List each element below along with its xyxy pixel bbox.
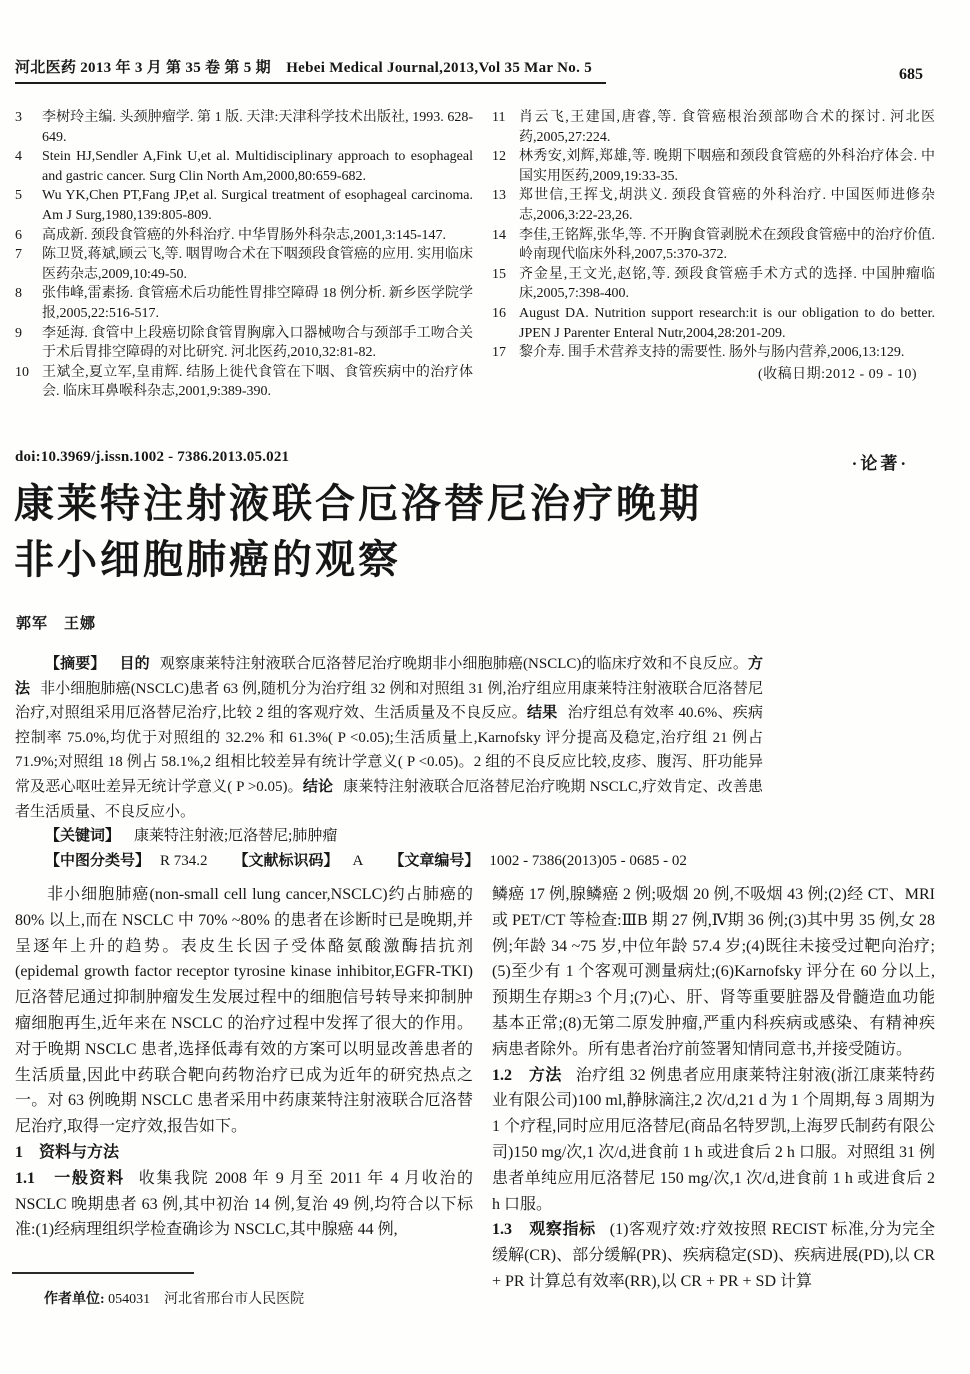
article-title: 康莱特注射液联合厄洛替尼治疗晚期 非小细胞肺癌的观察	[14, 476, 734, 588]
keywords-label: 【关键词】	[45, 828, 120, 844]
section-1-3-paragraph: 1.3 观察指标(1)客观疗效:疗效按照 RECIST 标准,分为完全缓解(CR…	[492, 1217, 935, 1294]
intro-paragraph: 非小细胞肺癌(non-small cell lung cancer,NSCLC)…	[15, 882, 473, 1140]
doi-row: doi:10.3969/j.issn.1002 - 7386.2013.05.0…	[15, 449, 935, 474]
keywords-text: 康莱特注射液;厄洛替尼;肺肿瘤	[134, 828, 337, 844]
abstract-objective-text: 观察康莱特注射液联合厄洛替尼治疗晚期非小细胞肺癌(NSCLC)的临床疗效和不良反…	[160, 656, 748, 672]
affiliation-text: 054031 河北省邢台市人民医院	[105, 1292, 305, 1307]
doc-code-label: 【文献标识码】	[234, 853, 339, 869]
reference-number: 14	[492, 226, 519, 265]
clc-label: 【中图分类号】	[45, 853, 150, 869]
reference-text: 李佳,王铭辉,张华,等. 不开胸食管剥脱术在颈段食管癌中的治疗价值. 岭南现代临…	[519, 226, 935, 265]
reference-item: 4Stein HJ,Sendler A,Fink U,et al. Multid…	[15, 147, 473, 186]
reference-text: 高成新. 颈段食管癌的外科治疗. 中华胃肠外科杂志,2001,3:145-147…	[42, 226, 473, 246]
section-1-2-label: 1.2 方法	[492, 1067, 562, 1084]
reference-item: 17黎介寿. 围手术营养支持的需要性. 肠外与肠内营养,2006,13:129.	[492, 343, 935, 363]
reference-text: 陈卫贤,蒋斌,顾云飞,等. 咽胃吻合术在下咽颈段食管癌的应用. 实用临床医药杂志…	[42, 245, 473, 284]
reference-item: 12林秀安,刘辉,郑雄,等. 晚期下咽癌和颈段食管癌的外科治疗体会. 中国实用医…	[492, 147, 935, 186]
section-1-2-text: 治疗组 32 例患者应用康莱特注射液(浙江康莱特药业有限公司)100 ml,静脉…	[492, 1067, 935, 1213]
reference-list-left: 3李树玲主编. 头颈肿瘤学. 第 1 版. 天津:天津科学技术出版社, 1993…	[15, 108, 473, 402]
abstract-conclusion-label: 结论	[303, 779, 333, 795]
reference-number: 7	[15, 245, 42, 284]
reference-item: 6高成新. 颈段食管癌的外科治疗. 中华胃肠外科杂志,2001,3:145-14…	[15, 226, 473, 246]
reference-text: 肖云飞,王建国,唐睿,等. 食管癌根治颈部吻合术的探讨. 河北医药,2005,2…	[519, 108, 935, 147]
section-1-3-label: 1.3 观察指标	[492, 1221, 596, 1238]
abstract-paragraph: 【摘要】目的观察康莱特注射液联合厄洛替尼治疗晚期非小细胞肺癌(NSCLC)的临床…	[15, 652, 763, 824]
article-title-line1: 康莱特注射液联合厄洛替尼治疗晚期	[14, 476, 734, 532]
section-1-1-paragraph: 1.1 一般资料收集我院 2008 年 9 月至 2011 年 4 月收治的 N…	[15, 1166, 473, 1243]
reference-number: 9	[15, 324, 42, 363]
reference-number: 11	[492, 108, 519, 147]
reference-list-right: 11肖云飞,王建国,唐睿,等. 食管癌根治颈部吻合术的探讨. 河北医药,2005…	[492, 108, 935, 384]
reference-text: 黎介寿. 围手术营养支持的需要性. 肠外与肠内营养,2006,13:129.	[519, 343, 935, 363]
reference-item: 11肖云飞,王建国,唐睿,等. 食管癌根治颈部吻合术的探讨. 河北医药,2005…	[492, 108, 935, 147]
reference-number: 12	[492, 147, 519, 186]
reference-text: Stein HJ,Sendler A,Fink U,et al. Multidi…	[42, 147, 473, 186]
footnote-divider	[12, 1272, 194, 1274]
running-head: 河北医药 2013 年 3 月 第 35 卷 第 5 期 Hebei Medic…	[15, 56, 935, 84]
reference-number: 3	[15, 108, 42, 147]
reference-item: 14李佳,王铭辉,张华,等. 不开胸食管剥脱术在颈段食管癌中的治疗价值. 岭南现…	[492, 226, 935, 265]
article-id-label: 【文章编号】	[389, 853, 479, 869]
reference-item: 16August DA. Nutrition support research:…	[492, 304, 935, 343]
reference-number: 4	[15, 147, 42, 186]
reference-item: 15齐金星,王文光,赵铭,等. 颈段食管癌手术方式的选择. 中国肿瘤临床,200…	[492, 265, 935, 304]
clc-value: R 734.2	[160, 853, 208, 869]
body-column-left: 非小细胞肺癌(non-small cell lung cancer,NSCLC)…	[15, 882, 473, 1243]
reference-number: 15	[492, 265, 519, 304]
abstract-results-label: 结果	[527, 705, 558, 721]
reference-item: 7陈卫贤,蒋斌,顾云飞,等. 咽胃吻合术在下咽颈段食管癌的应用. 实用临床医药杂…	[15, 245, 473, 284]
section-1-2-paragraph: 1.2 方法治疗组 32 例患者应用康莱特注射液(浙江康莱特药业有限公司)100…	[492, 1063, 935, 1218]
article-title-line2: 非小细胞肺癌的观察	[14, 532, 734, 588]
abstract-block: 【摘要】目的观察康莱特注射液联合厄洛替尼治疗晚期非小细胞肺癌(NSCLC)的临床…	[15, 652, 763, 873]
reference-item: 9李延海. 食管中上段癌切除食管胃胸廓入口器械吻合与颈部手工吻合关于术后胃排空障…	[15, 324, 473, 363]
reference-text: 郑世信,王挥戈,胡洪义. 颈段食管癌的外科治疗. 中国医师进修杂志,2006,3…	[519, 186, 935, 225]
article-category-badge: ·论著·	[852, 449, 935, 474]
reference-item: 13郑世信,王挥戈,胡洪义. 颈段食管癌的外科治疗. 中国医师进修杂志,2006…	[492, 186, 935, 225]
reference-number: 17	[492, 343, 519, 363]
reference-number: 5	[15, 186, 42, 225]
abstract-objective-label: 目的	[120, 656, 150, 672]
doc-code-value: A	[353, 853, 364, 869]
reference-item: 3李树玲主编. 头颈肿瘤学. 第 1 版. 天津:天津科学技术出版社, 1993…	[15, 108, 473, 147]
section-heading-1: 1 资料与方法	[15, 1140, 473, 1166]
reference-number: 8	[15, 284, 42, 323]
reference-text: Wu YK,Chen PT,Fang JP,et al. Surgical tr…	[42, 186, 473, 225]
reference-number: 10	[15, 363, 42, 402]
reference-text: 齐金星,王文光,赵铭,等. 颈段食管癌手术方式的选择. 中国肿瘤临床,2005,…	[519, 265, 935, 304]
authors: 郭军 王娜	[16, 612, 96, 633]
reference-text: 林秀安,刘辉,郑雄,等. 晚期下咽癌和颈段食管癌的外科治疗体会. 中国实用医药,…	[519, 147, 935, 186]
reference-number: 13	[492, 186, 519, 225]
article-id-value: 1002 - 7386(2013)05 - 0685 - 02	[489, 853, 686, 869]
reference-text: 张伟峰,雷素扬. 食管癌术后功能性胃排空障碍 18 例分析. 新乡医学院学报,2…	[42, 284, 473, 323]
reference-item: 10王斌全,夏立军,皇甫辉. 结肠上徙代食管在下咽、食管疾病中的治疗体会. 临床…	[15, 363, 473, 402]
journal-issue-line: 河北医药 2013 年 3 月 第 35 卷 第 5 期 Hebei Medic…	[15, 56, 606, 84]
reference-text: August DA. Nutrition support research:it…	[519, 304, 935, 343]
author-affiliation: 作者单位: 054031 河北省邢台市人民医院	[44, 1288, 304, 1308]
reference-text: 李树玲主编. 头颈肿瘤学. 第 1 版. 天津:天津科学技术出版社, 1993.…	[42, 108, 473, 147]
reference-text: 王斌全,夏立军,皇甫辉. 结肠上徙代食管在下咽、食管疾病中的治疗体会. 临床耳鼻…	[42, 363, 473, 402]
body-column-right: 鳞癌 17 例,腺鳞癌 2 例;吸烟 20 例,不吸烟 43 例;(2)经 CT…	[492, 882, 935, 1295]
affiliation-label: 作者单位:	[44, 1292, 105, 1307]
received-date: (收稿日期:2012 - 09 - 10)	[492, 365, 935, 385]
reference-text: 李延海. 食管中上段癌切除食管胃胸廓入口器械吻合与颈部手工吻合关于术后胃排空障碍…	[42, 324, 473, 363]
doi: doi:10.3969/j.issn.1002 - 7386.2013.05.0…	[15, 449, 289, 466]
keywords-line: 【关键词】康莱特注射液;厄洛替尼;肺肿瘤	[15, 824, 763, 849]
reference-item: 5Wu YK,Chen PT,Fang JP,et al. Surgical t…	[15, 186, 473, 225]
journal-page: 河北医药 2013 年 3 月 第 35 卷 第 5 期 Hebei Medic…	[0, 0, 970, 1374]
reference-item: 8张伟峰,雷素扬. 食管癌术后功能性胃排空障碍 18 例分析. 新乡医学院学报,…	[15, 284, 473, 323]
classification-line: 【中图分类号】R 734.2【文献标识码】A【文章编号】1002 - 7386(…	[15, 849, 763, 874]
abstract-label: 【摘要】	[45, 656, 106, 672]
reference-number: 6	[15, 226, 42, 246]
continued-paragraph: 鳞癌 17 例,腺鳞癌 2 例;吸烟 20 例,不吸烟 43 例;(2)经 CT…	[492, 882, 935, 1063]
page-number: 685	[899, 66, 935, 84]
reference-number: 16	[492, 304, 519, 343]
section-1-1-label: 1.1 一般资料	[15, 1170, 125, 1187]
